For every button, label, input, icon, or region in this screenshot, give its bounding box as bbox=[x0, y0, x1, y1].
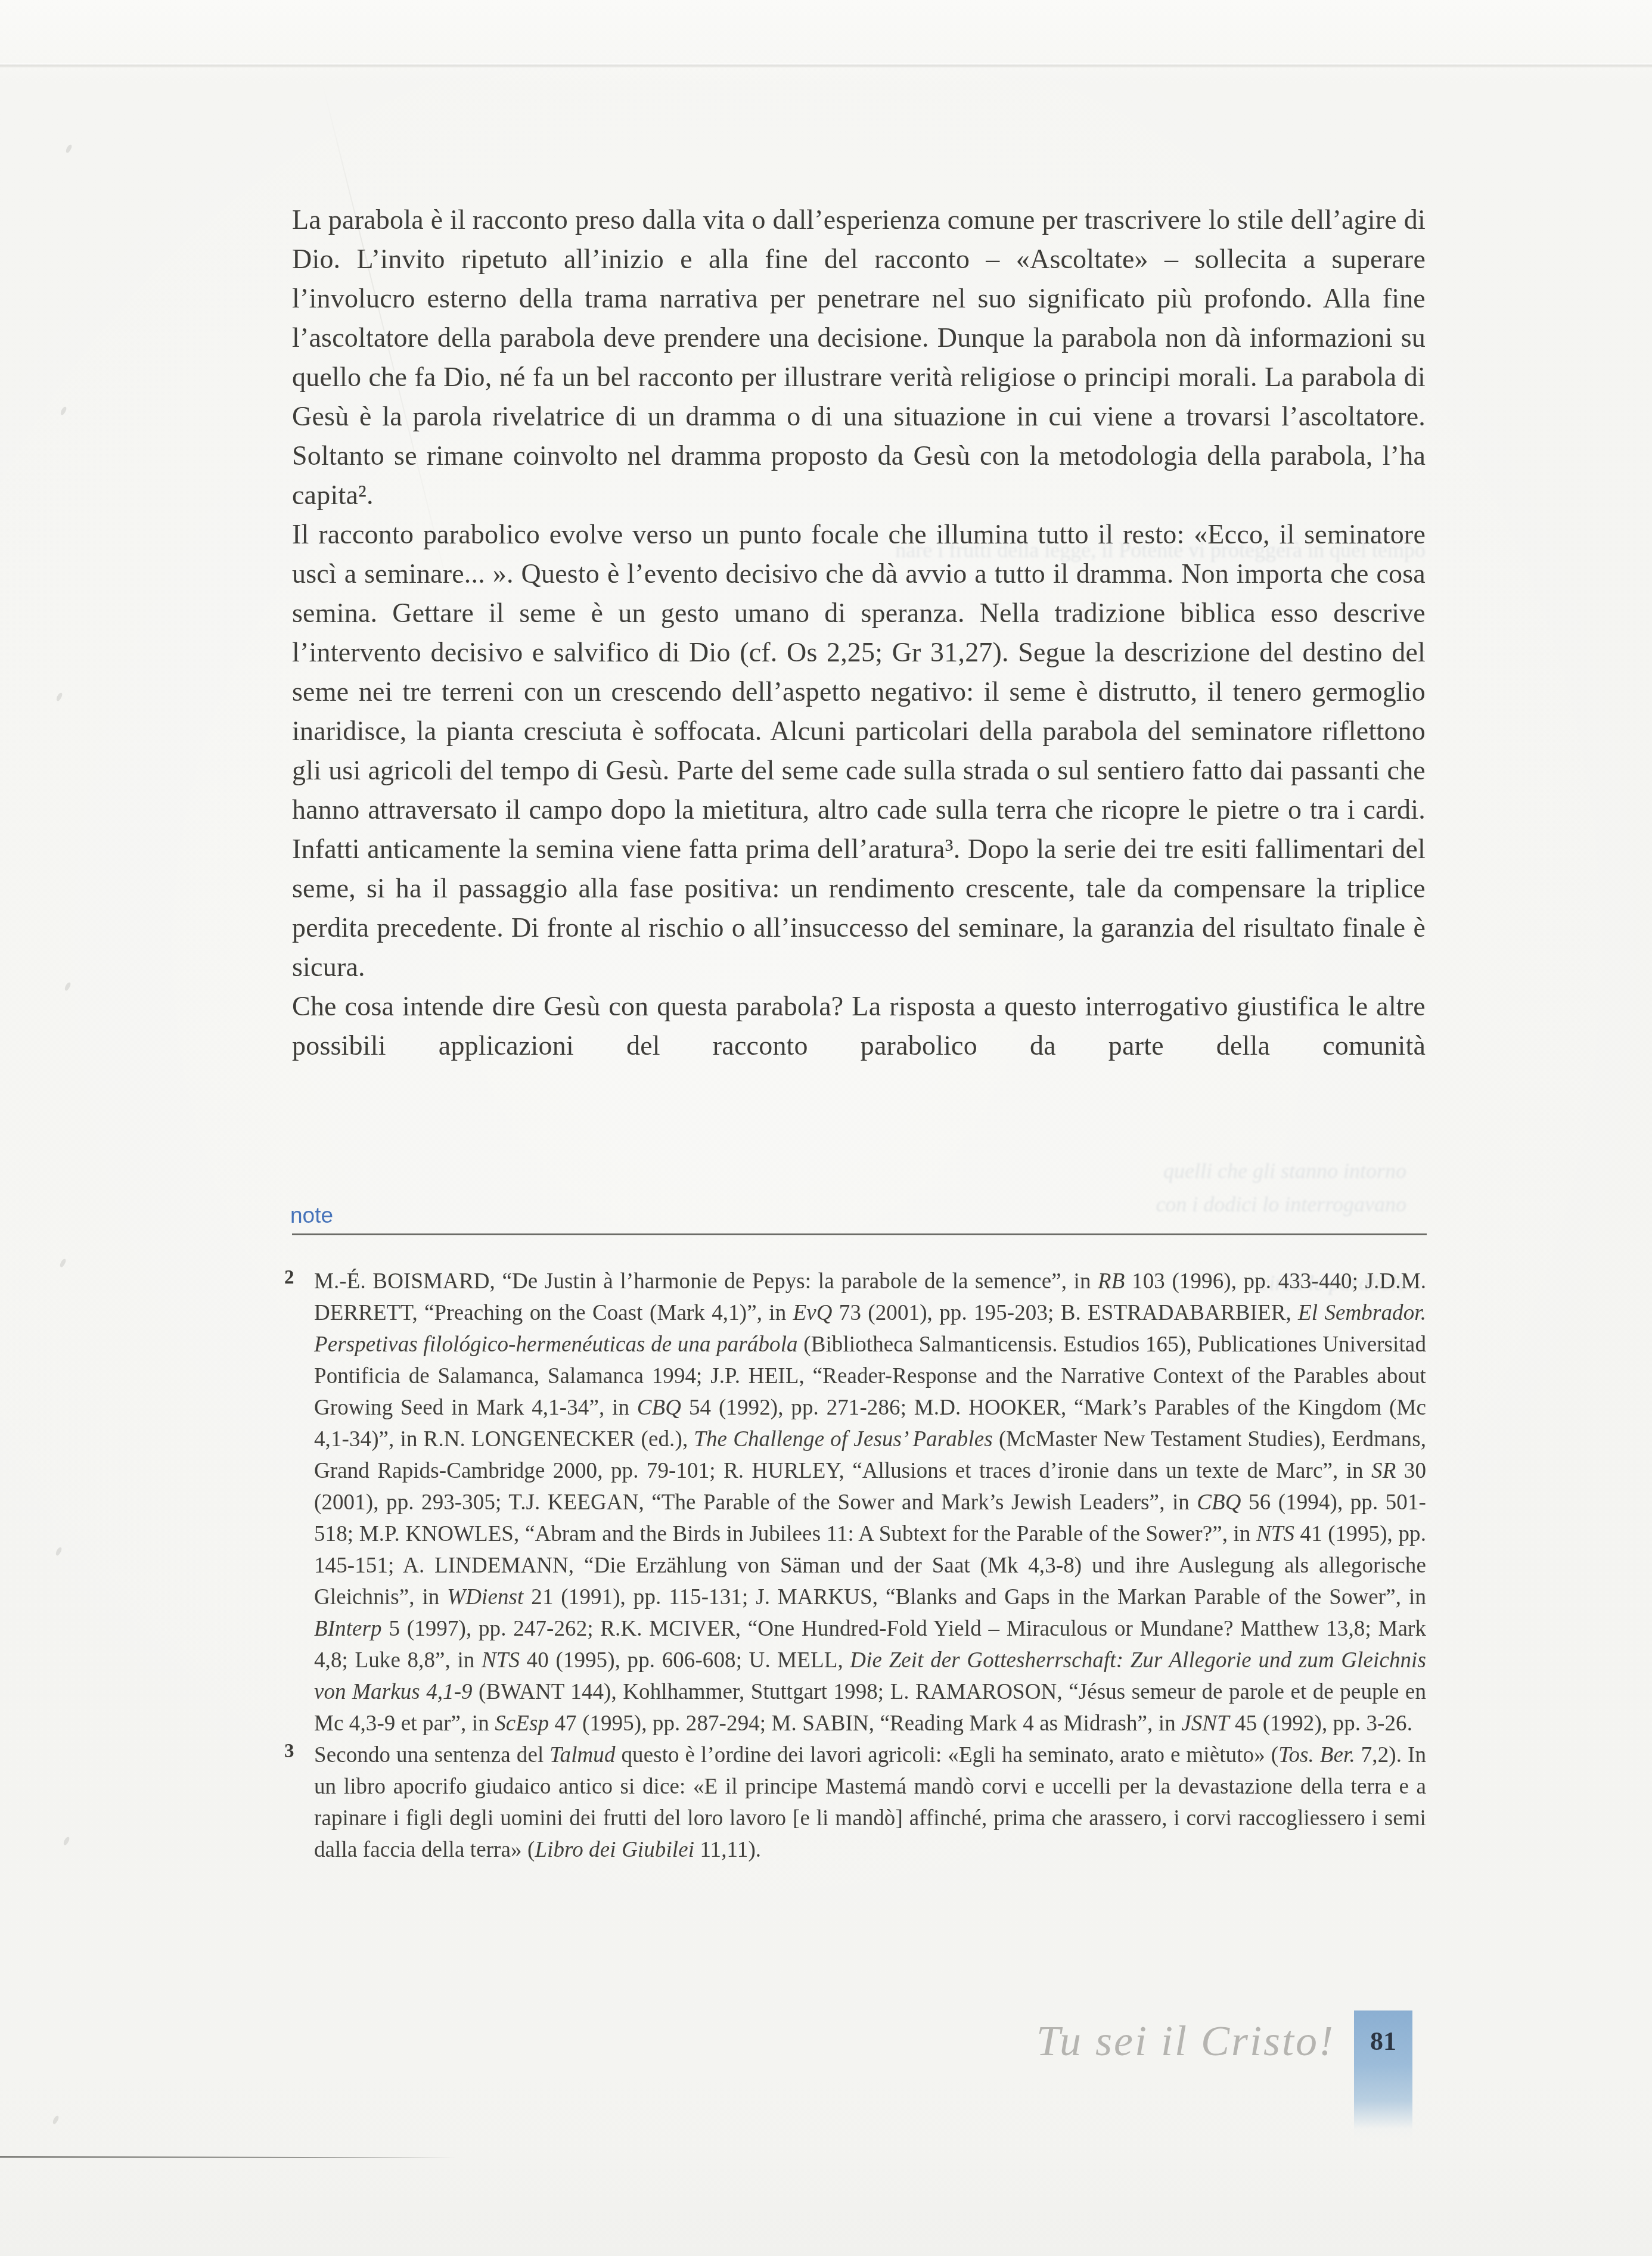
footnote: 2M.-É. BOISMARD, “De Justin à l’harmonie… bbox=[314, 1266, 1426, 1739]
page-number: 81 bbox=[1354, 2026, 1412, 2056]
footnote-text: M.-É. BOISMARD, “De Justin à l’harmonie … bbox=[314, 1266, 1426, 1739]
scan-artifact-mark bbox=[55, 692, 63, 702]
scanner-background bbox=[0, 2158, 1652, 2256]
body-paragraph: Che cosa intende dire Gesù con questa pa… bbox=[292, 987, 1426, 1105]
body-paragraph: La parabola è il racconto preso dalla vi… bbox=[292, 200, 1426, 515]
notes-label: note bbox=[290, 1204, 333, 1228]
page-number-tab: 81 bbox=[1354, 2010, 1412, 2139]
scan-artifact-mark bbox=[64, 981, 71, 992]
bleedthrough-line: con i dodici lo interrogavano bbox=[1156, 1192, 1406, 1217]
scan-artifact-mark bbox=[65, 144, 72, 154]
scan-artifact-mark bbox=[52, 2115, 59, 2125]
scan-artifact-mark bbox=[59, 1258, 66, 1268]
notes-divider-rule bbox=[292, 1233, 1427, 1235]
scan-artifact-mark bbox=[60, 406, 67, 416]
footnote: 3Secondo una sentenza del Talmud questo … bbox=[314, 1739, 1426, 1866]
bleedthrough-line: nare i frutti della legge, il Potente vi… bbox=[895, 537, 1426, 563]
scan-artifact-mark bbox=[55, 1546, 62, 1556]
paper-crease bbox=[0, 63, 1652, 68]
bleedthrough-line: quelli che gli stanno intorno bbox=[1163, 1158, 1406, 1183]
footnote-text: Secondo una sentenza del Talmud questo è… bbox=[314, 1739, 1426, 1866]
footnote-number: 3 bbox=[284, 1741, 294, 1763]
body-text: La parabola è il racconto preso dalla vi… bbox=[292, 200, 1426, 1105]
footnote-number: 2 bbox=[284, 1267, 294, 1289]
footnotes-list: 2M.-É. BOISMARD, “De Justin à l’harmonie… bbox=[314, 1266, 1426, 1866]
running-title: Tu sei il Cristo! bbox=[1036, 2016, 1335, 2066]
scan-artifact-mark bbox=[63, 1836, 70, 1846]
scanned-book-page: La parabola è il racconto preso dalla vi… bbox=[0, 0, 1652, 2256]
body-paragraph: Il racconto parabolico evolve verso un p… bbox=[292, 515, 1426, 987]
